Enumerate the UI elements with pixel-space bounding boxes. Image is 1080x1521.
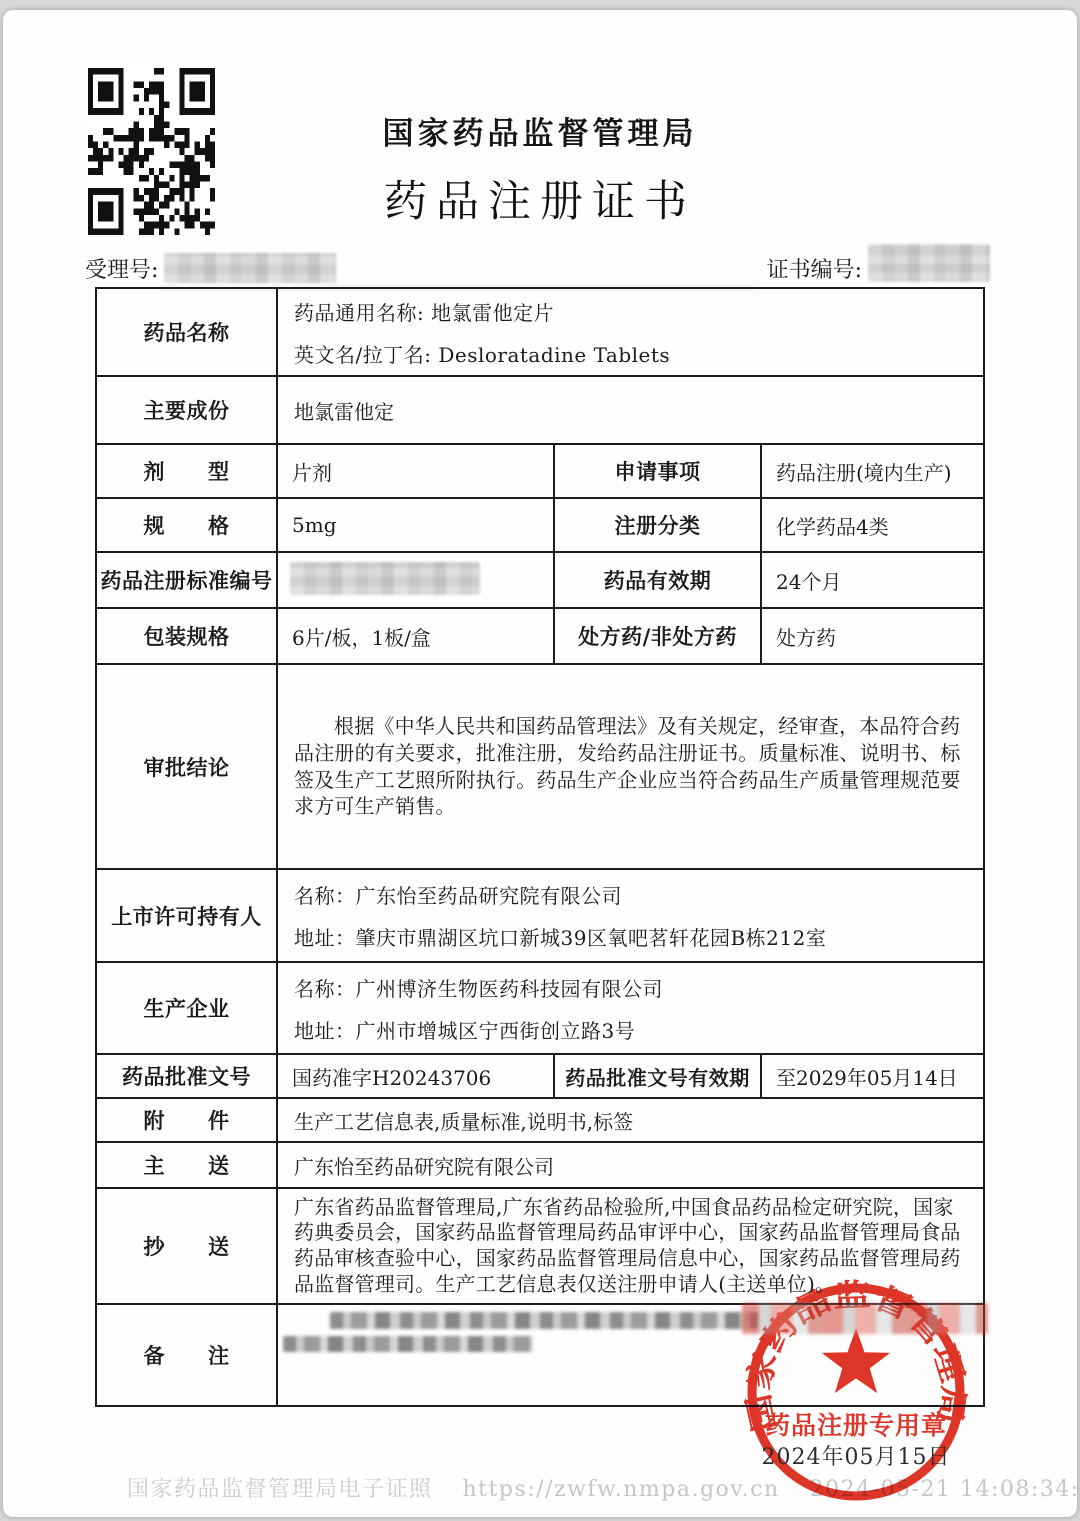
row-standard-number: 药品注册标准编号 药品有效期 24个月 — [97, 553, 983, 609]
remarks-label: 备 注 — [97, 1305, 278, 1405]
meta-row: 受理号: 证书编号: — [85, 250, 990, 286]
package-label: 包装规格 — [97, 609, 278, 663]
specification-value: 5mg — [278, 499, 555, 551]
acceptance-number: 受理号: — [85, 253, 336, 284]
row-specification: 规 格 5mg 注册分类 化学药品4类 — [97, 499, 983, 553]
specification-label: 规 格 — [97, 499, 278, 551]
holder-address: 地址：肇庆市鼎湖区坑口新城39区氧吧茗轩花园B栋212室 — [294, 922, 983, 951]
approval-number-value: 国药准字H20243706 — [278, 1055, 555, 1097]
rx-otc-label: 处方药/非处方药 — [555, 609, 762, 663]
main-ingredient-label: 主要成份 — [97, 377, 278, 443]
manufacturer-value: 名称：广州博济生物医药科技园有限公司 地址：广州市增城区宁西街创立路3号 — [278, 963, 983, 1053]
registration-table: 药品名称 药品通用名称: 地氯雷他定片 英文名/拉丁名: Desloratadi… — [95, 287, 985, 1407]
drug-name-label: 药品名称 — [97, 289, 278, 375]
license-holder-label: 上市许可持有人 — [97, 870, 278, 961]
row-primary-recipient: 主 送 广东怡至药品研究院有限公司 — [97, 1143, 983, 1189]
generic-name: 药品通用名称: 地氯雷他定片 — [294, 297, 983, 326]
seal-title: 药品注册专用章 — [765, 1411, 947, 1440]
approval-conclusion-label: 审批结论 — [97, 665, 278, 868]
row-approval-number: 药品批准文号 国药准字H20243706 药品批准文号有效期 至2029年05月… — [97, 1055, 983, 1099]
standard-number-redacted — [290, 562, 480, 595]
row-package: 包装规格 6片/板，1板/盒 处方药/非处方药 处方药 — [97, 609, 983, 665]
manufacturer-name: 名称：广州博济生物医药科技园有限公司 — [294, 973, 983, 1002]
main-ingredient-value: 地氯雷他定 — [278, 377, 983, 443]
validity-value: 24个月 — [762, 553, 983, 607]
manufacturer-address: 地址：广州市增城区宁西街创立路3号 — [294, 1015, 983, 1044]
certificate-number: 证书编号: — [767, 253, 990, 284]
row-approval-conclusion: 审批结论 根据《中华人民共和国药品管理法》及有关规定，经审查，本品符合药品注册的… — [97, 665, 983, 870]
approval-number-label: 药品批准文号 — [97, 1055, 278, 1097]
drug-name-value: 药品通用名称: 地氯雷他定片 英文名/拉丁名: Desloratadine Ta… — [278, 289, 983, 375]
attachments-label: 附 件 — [97, 1099, 278, 1141]
row-manufacturer: 生产企业 名称：广州博济生物医药科技园有限公司 地址：广州市增城区宁西街创立路3… — [97, 963, 983, 1055]
primary-recipient-label: 主 送 — [97, 1143, 278, 1187]
footer-url: https://zwfw.nmpa.gov.cn — [463, 1477, 780, 1502]
approval-number-validity-value: 至2029年05月14日 — [762, 1055, 983, 1097]
row-drug-name: 药品名称 药品通用名称: 地氯雷他定片 英文名/拉丁名: Desloratadi… — [97, 289, 983, 377]
row-attachments: 附 件 生产工艺信息表,质量标准,说明书,标签 — [97, 1099, 983, 1143]
star-icon — [822, 1328, 890, 1393]
application-item-label: 申请事项 — [555, 445, 762, 497]
certificate-number-label: 证书编号: — [767, 253, 862, 284]
acceptance-label: 受理号: — [85, 253, 158, 284]
footer-issuer: 国家药品监督管理局电子证照 — [127, 1477, 433, 1502]
english-name: 英文名/拉丁名: Desloratadine Tablets — [294, 339, 983, 368]
seal-date: 2024年05月15日 — [762, 1445, 951, 1470]
acceptance-value-redacted — [164, 253, 336, 283]
row-license-holder: 上市许可持有人 名称：广东怡至药品研究院有限公司 地址：肇庆市鼎湖区坑口新城39… — [97, 870, 983, 963]
copy-recipients-label: 抄 送 — [97, 1189, 278, 1303]
dosage-form-label: 剂 型 — [97, 445, 278, 497]
certificate-number-redacted — [868, 244, 990, 282]
dosage-form-value: 片剂 — [278, 445, 555, 497]
registration-class-label: 注册分类 — [555, 499, 762, 551]
package-value: 6片/板，1板/盒 — [278, 609, 555, 663]
standard-number-label: 药品注册标准编号 — [97, 553, 278, 607]
approval-number-validity-label: 药品批准文号有效期 — [555, 1055, 762, 1097]
validity-label: 药品有效期 — [555, 553, 762, 607]
application-item-value: 药品注册(境内生产) — [762, 445, 983, 497]
certificate-page: 国家药品监督管理局 药品注册证书 受理号: 证书编号: 药品名称 药品通用名称:… — [3, 10, 1077, 1517]
holder-name: 名称：广东怡至药品研究院有限公司 — [294, 880, 983, 909]
primary-recipient-value: 广东怡至药品研究院有限公司 — [278, 1143, 983, 1187]
certificate-title: 药品注册证书 — [3, 168, 1077, 229]
attachments-value: 生产工艺信息表,质量标准,说明书,标签 — [278, 1099, 983, 1141]
seal-area-redacted — [742, 1303, 988, 1334]
manufacturer-label: 生产企业 — [97, 963, 278, 1053]
authority-title: 国家药品监督管理局 — [3, 108, 1077, 153]
row-dosage-form: 剂 型 片剂 申请事项 药品注册(境内生产) — [97, 445, 983, 499]
remarks-redacted-line2 — [283, 1336, 533, 1352]
row-main-ingredient: 主要成份 地氯雷他定 — [97, 377, 983, 445]
registration-class-value: 化学药品4类 — [762, 499, 983, 551]
remarks-redacted-line1 — [330, 1312, 758, 1329]
license-holder-value: 名称：广东怡至药品研究院有限公司 地址：肇庆市鼎湖区坑口新城39区氧吧茗轩花园B… — [278, 870, 983, 961]
rx-otc-value: 处方药 — [762, 609, 983, 663]
approval-conclusion-value: 根据《中华人民共和国药品管理法》及有关规定，经审查，本品符合药品注册的有关要求，… — [278, 665, 983, 868]
